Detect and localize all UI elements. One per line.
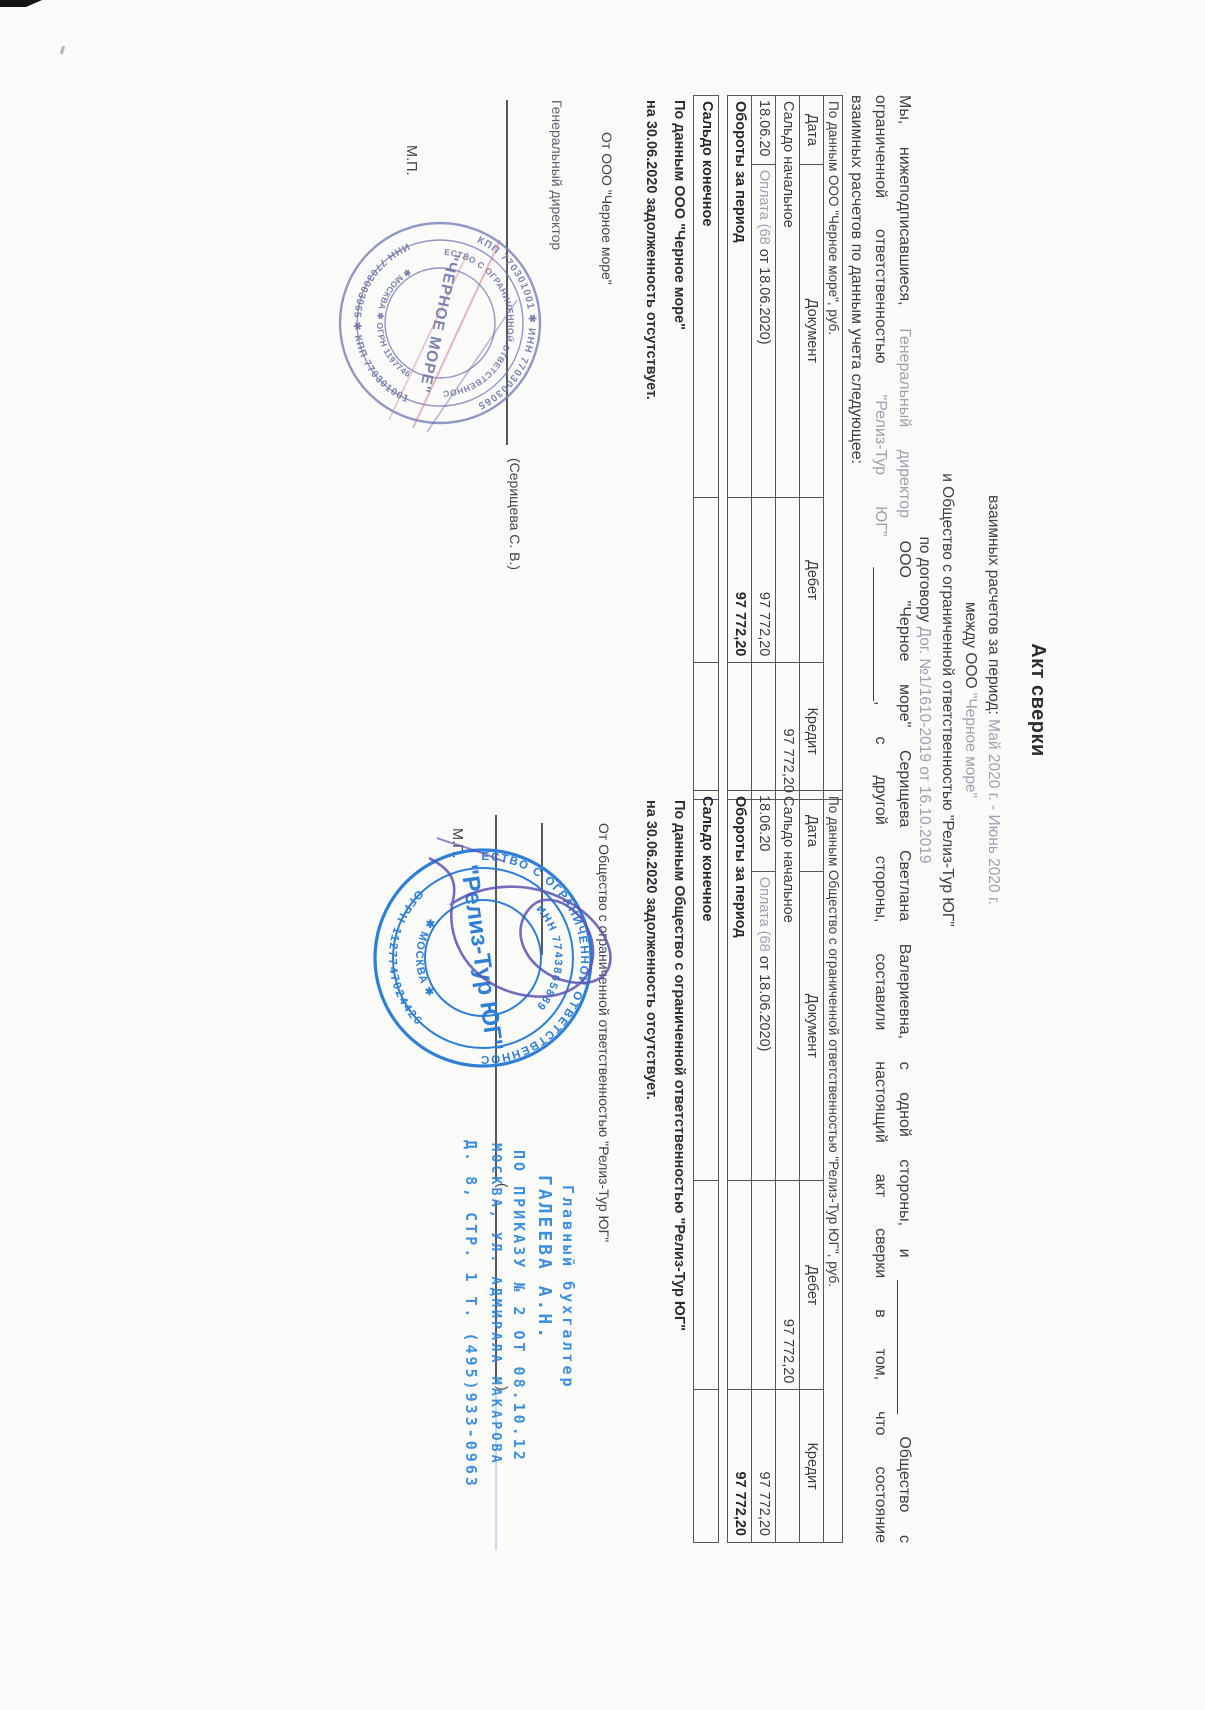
handwritten-signature [429, 858, 610, 997]
pink-ink-stroke-1 [413, 240, 500, 428]
scanned-document-page: Акт сверки взаимных расчетов за период: … [0, 0, 1205, 1710]
signature-tail [437, 838, 505, 862]
ink-overlay [0, 0, 1205, 1710]
rotated-document: Акт сверки взаимных расчетов за период: … [0, 0, 1205, 1710]
blue-ink-stroke [427, 300, 517, 432]
